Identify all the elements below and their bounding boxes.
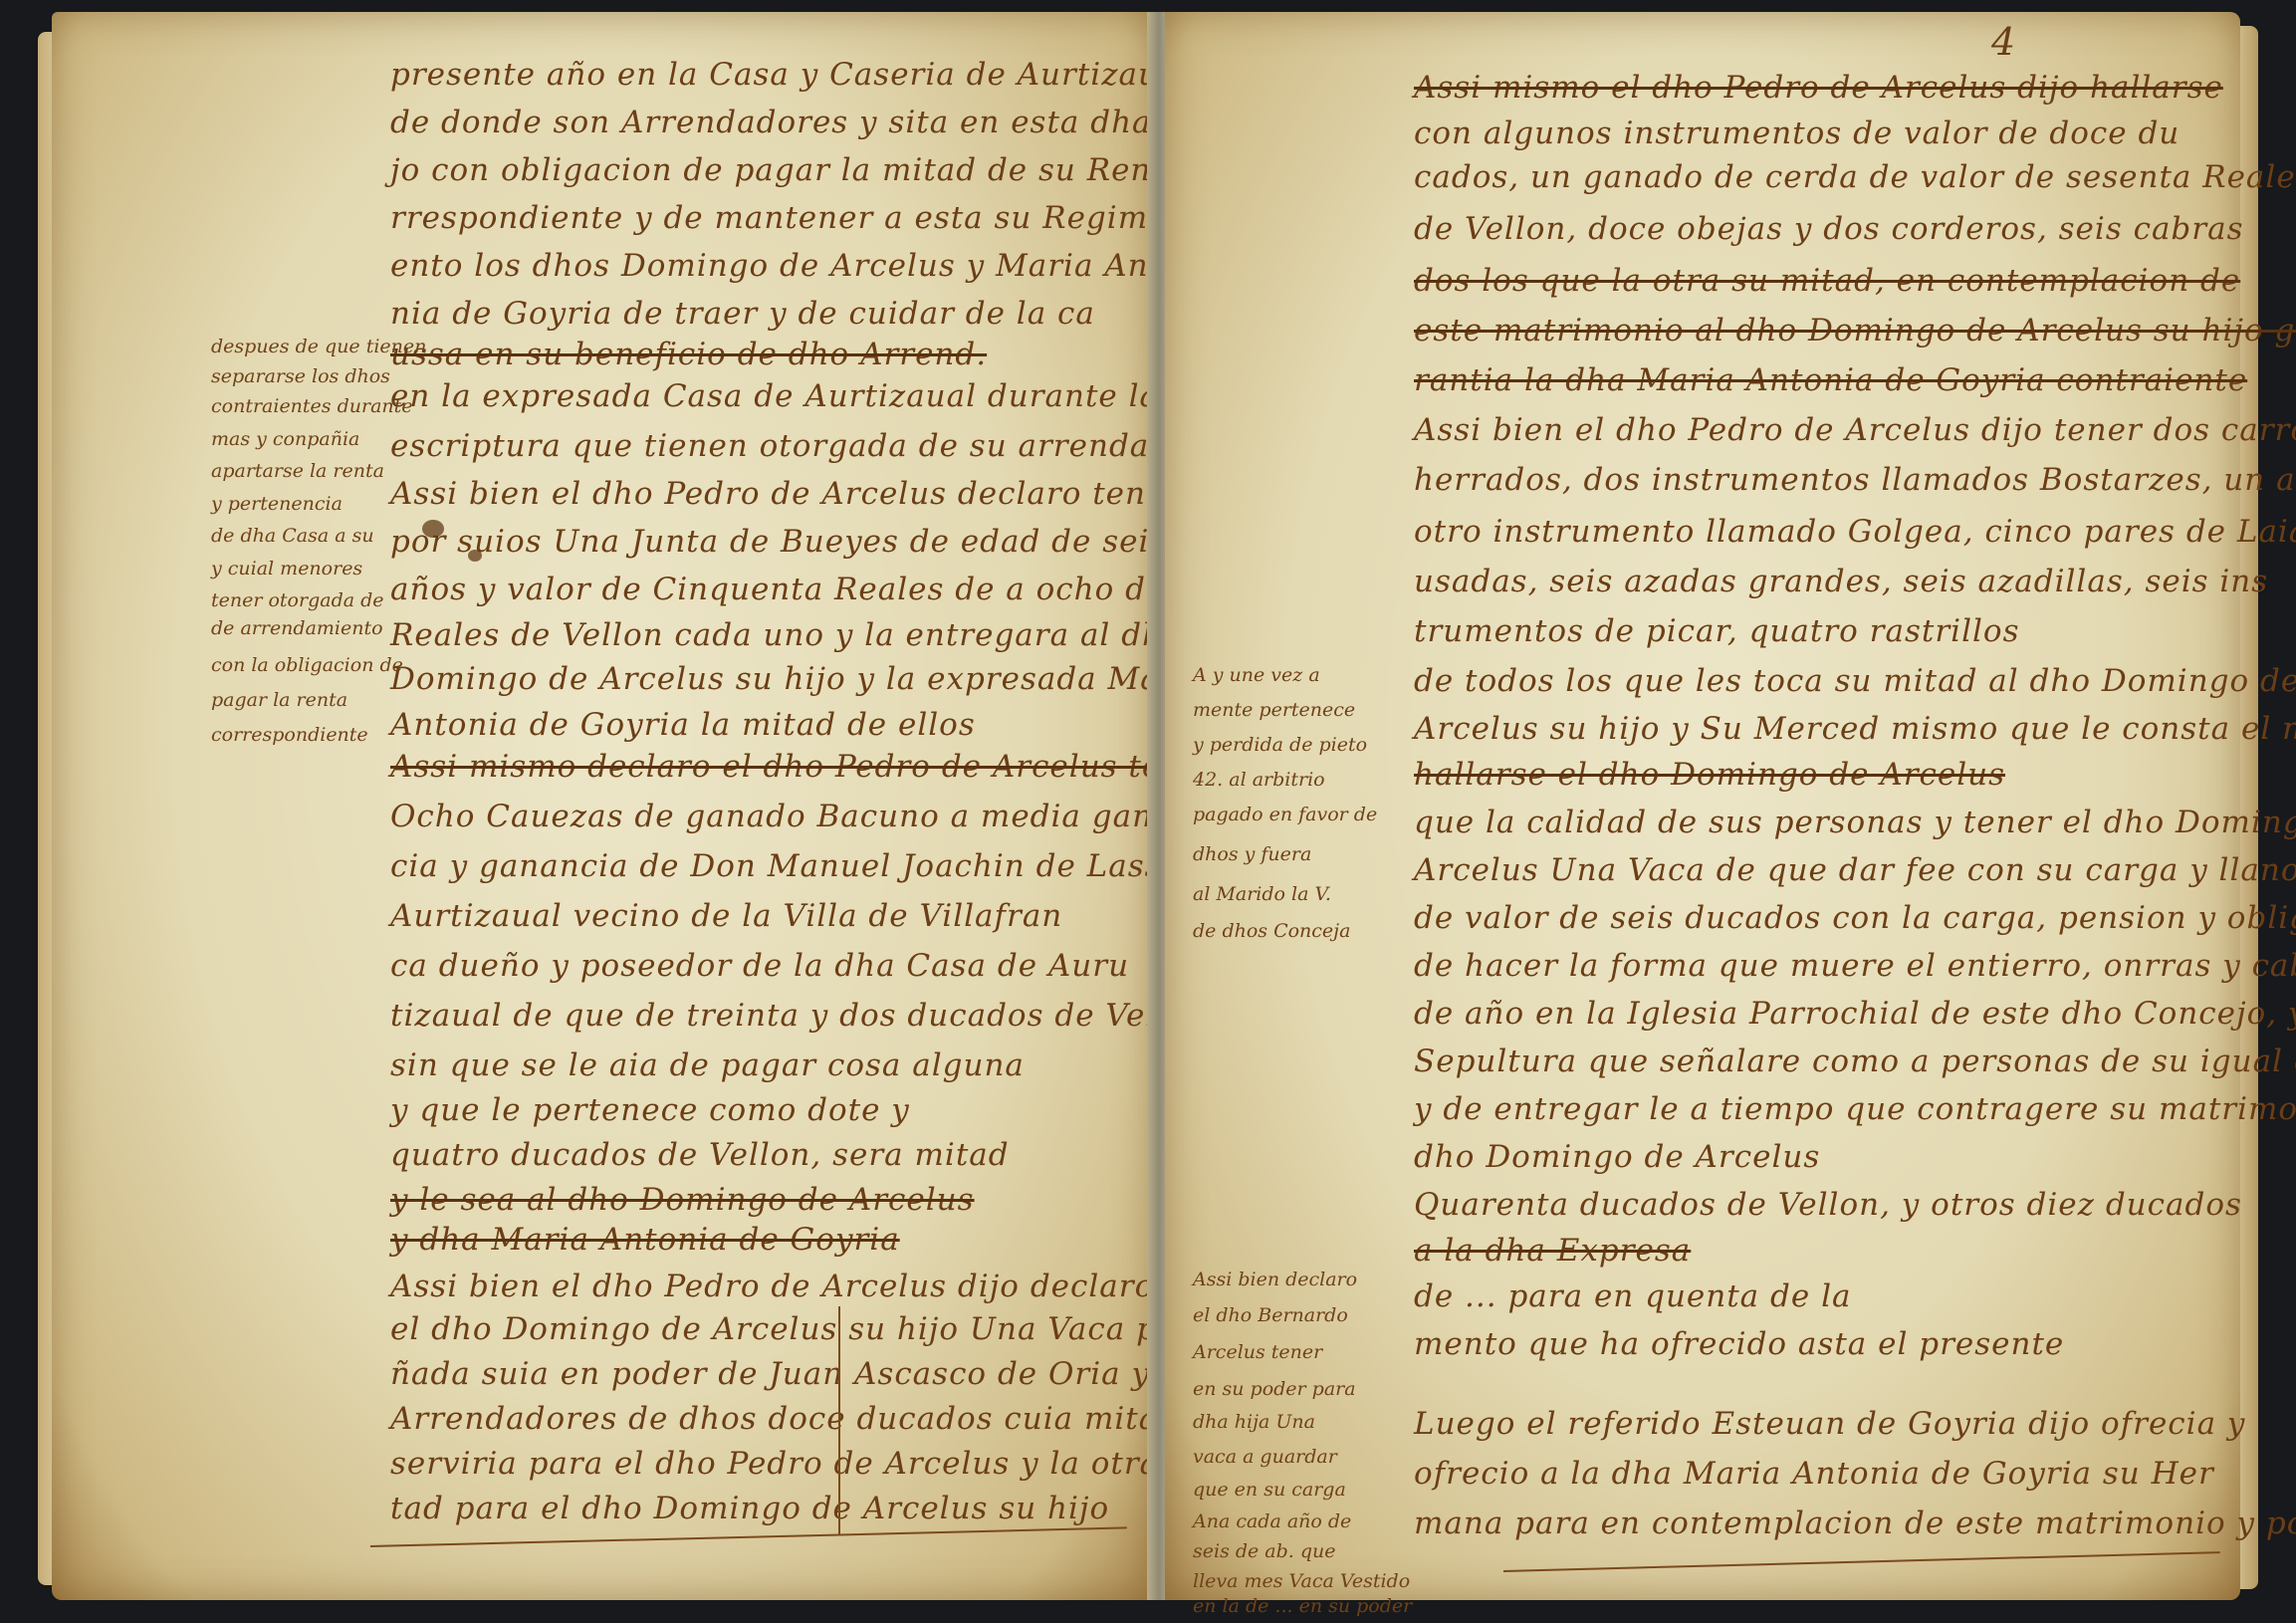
margin-note: lleva mes Vaca Vestido [1193, 1570, 1410, 1592]
margin-note: dhos y fuera [1193, 843, 1311, 865]
text-line-struck: hallarse el dho Domingo de Arcelus [1414, 757, 2005, 793]
margin-note: vaca a guardar [1193, 1446, 1337, 1468]
margin-note: pagado en favor de [1193, 804, 1377, 825]
page-number: 4 [1991, 20, 2015, 64]
text-line: que la calidad de sus personas y tener e… [1414, 805, 2296, 840]
text-line: de valor de seis ducados con la carga, p… [1414, 900, 2296, 936]
text-line: rrespondiente y de mantener a esta su Re… [390, 200, 1159, 236]
text-line: de año en la Iglesia Parrochial de este … [1414, 996, 2296, 1032]
margin-note: Arcelus tener [1193, 1341, 1322, 1363]
margin-note: de dha Casa a su [211, 525, 374, 547]
text-line: Luego el referido Esteuan de Goyria dijo… [1414, 1406, 2245, 1442]
margin-note: separarse los dhos [211, 365, 390, 387]
text-line: por suios Una Junta de Bueyes de edad de… [390, 524, 1166, 560]
text-line: tizaual de que de treinta y dos ducados … [390, 998, 1208, 1034]
margin-note: y perdida de pieto [1193, 734, 1367, 756]
closing-rule [1503, 1551, 2220, 1572]
text-line-struck: Assi mismo declaro el dho Pedro de Arcel… [390, 749, 1217, 785]
text-line: sin que se le aia de pagar cosa alguna [390, 1047, 1025, 1083]
text-line: Arcelus Una Vaca de que dar fee con su c… [1414, 852, 2296, 888]
text-line: ñada suia en poder de Juan Ascasco de Or… [390, 1356, 1236, 1392]
text-line: otro instrumento llamado Golgea, cinco p… [1414, 514, 2296, 550]
text-line: escriptura que tienen otorgada de su arr… [390, 428, 1263, 464]
margin-note: mas y conpañia [211, 428, 359, 450]
text-line: jo con obligacion de pagar la mitad de s… [390, 152, 1240, 188]
margin-note: de dhos Conceja [1193, 920, 1350, 942]
text-line-struck: y le sea al dho Domingo de Arcelus [390, 1182, 975, 1218]
text-line: usadas, seis azadas grandes, seis azadil… [1414, 564, 2268, 599]
text-line: Assi bien el dho Pedro de Arcelus dijo t… [1414, 412, 2296, 448]
closing-rule [370, 1526, 1127, 1547]
margin-note: 42. al arbitrio [1193, 769, 1325, 791]
margin-note: de arrendamiento [211, 617, 383, 639]
text-line: Assi bien el dho Pedro de Arcelus dijo d… [390, 1269, 1254, 1304]
margin-note: que en su carga [1193, 1479, 1346, 1501]
text-line-struck: y dha Maria Antonia de Goyria [390, 1222, 900, 1258]
text-line: en la expresada Casa de Aurtizaual duran… [390, 378, 1159, 414]
text-line: serviria para el dho Pedro de Arcelus y … [390, 1446, 1211, 1482]
margin-note: seis de ab. que [1193, 1540, 1336, 1562]
text-line: ento los dhos Domingo de Arcelus y Maria… [390, 248, 1182, 284]
text-line-struck: este matrimonio al dho Domingo de Arcelu… [1414, 313, 2296, 348]
margin-note: en su poder para [1193, 1378, 1356, 1400]
right-page: 4 Assi mismo el dho Pedro de Arcelus dij… [1165, 12, 2240, 1600]
text-line: nia de Goyria de traer y de cuidar de la… [390, 296, 1095, 332]
margin-note: tener otorgada de [211, 589, 384, 611]
text-line: Arrendadores de dhos doce ducados cuia m… [390, 1401, 1220, 1437]
margin-note: en la de ... en su poder [1193, 1595, 1412, 1617]
text-line: dho Domingo de Arcelus [1414, 1139, 1820, 1175]
margin-note: pagar la renta [211, 689, 347, 711]
text-line: Sepultura que señalare como a personas d… [1414, 1043, 2296, 1079]
text-line: Domingo de Arcelus su hijo y la expresad… [390, 661, 1206, 697]
text-line: ofrecio a la dha Maria Antonia de Goyria… [1414, 1456, 2214, 1492]
text-line: cia y ganancia de Don Manuel Joachin de … [390, 848, 1181, 884]
text-line: trumentos de picar, quatro rastrillos [1414, 613, 2020, 649]
text-line: mana para en contemplacion de este matri… [1414, 1506, 2296, 1541]
margin-note: A y une vez a [1193, 664, 1320, 686]
text-line-struck: a la dha Expresa [1414, 1233, 1691, 1269]
text-line: Arcelus su hijo y Su Merced mismo que le… [1414, 711, 2296, 747]
text-line: Assi bien el dho Pedro de Arcelus declar… [390, 476, 1181, 512]
text-line: de ... para en quenta de la [1414, 1278, 1851, 1314]
text-line: Reales de Vellon cada uno y la entregara… [390, 617, 1183, 653]
text-line: y de entregar le a tiempo que contragere… [1414, 1091, 2296, 1127]
margin-note: Assi bien declaro [1193, 1269, 1357, 1290]
text-line: Quarenta ducados de Vellon, y otros diez… [1414, 1187, 2242, 1223]
ink-stroke [838, 1306, 840, 1535]
ink-stain [422, 520, 444, 538]
text-line: cados, un ganado de cerda de valor de se… [1414, 159, 2296, 195]
ink-stain [468, 550, 482, 562]
margin-note: mente pertenece [1193, 699, 1355, 721]
open-manuscript: presente año en la Casa y Caseria de Aur… [52, 12, 2240, 1600]
text-line: de todos los que les toca su mitad al dh… [1414, 663, 2296, 699]
margin-note: y pertenencia [211, 493, 343, 515]
margin-note: dha hija Una [1193, 1411, 1315, 1433]
text-line: presente año en la Casa y Caseria de Aur… [390, 57, 1189, 93]
text-line: de Vellon, doce obejas y dos corderos, s… [1414, 211, 2243, 247]
margin-note: y cuial menores [211, 558, 362, 580]
margin-note: apartarse la renta [211, 460, 384, 482]
text-line-struck: rantia la dha Maria Antonia de Goyria co… [1414, 362, 2247, 398]
text-line: y que le pertenece como dote y [390, 1092, 910, 1128]
text-line: mento que ha ofrecido asta el presente [1414, 1326, 2064, 1362]
text-line: de donde son Arrendadores y sita en esta… [390, 105, 1264, 140]
text-line-struck: ussa en su beneficio de dho Arrend. [390, 337, 987, 372]
text-line: herrados, dos instrumentos llamados Bost… [1414, 462, 2296, 498]
text-line-struck: dos los que la otra su mitad, en contemp… [1414, 263, 2240, 299]
text-line: Ocho Cauezas de ganado Bacuno a media ga… [390, 799, 1194, 834]
left-page: presente año en la Casa y Caseria de Aur… [52, 12, 1153, 1600]
text-line: con algunos instrumentos de valor de doc… [1414, 116, 2180, 151]
margin-note: con la obligacion de [211, 654, 403, 676]
text-line: Antonia de Goyria la mitad de ellos [390, 707, 976, 743]
text-line-struck: Assi mismo el dho Pedro de Arcelus dijo … [1414, 70, 2223, 106]
margin-note: el dho Bernardo [1193, 1304, 1348, 1326]
text-line: Aurtizaual vecino de la Villa de Villafr… [390, 898, 1062, 934]
margin-note: despues de que tienen [211, 336, 426, 357]
text-line: de hacer la forma que muere el entierro,… [1414, 948, 2296, 984]
margin-note: al Marido la V. [1193, 883, 1331, 905]
margin-note: Ana cada año de [1193, 1510, 1351, 1532]
margin-note: contraientes durante [211, 395, 413, 417]
text-line: quatro ducados de Vellon, sera mitad [390, 1137, 1010, 1173]
text-line: tad para el dho Domingo de Arcelus su hi… [390, 1491, 1109, 1526]
margin-note: correspondiente [211, 724, 368, 746]
text-line: ca dueño y poseedor de la dha Casa de Au… [390, 948, 1129, 984]
text-line: el dho Domingo de Arcelus su hijo Una Va… [390, 1311, 1192, 1347]
